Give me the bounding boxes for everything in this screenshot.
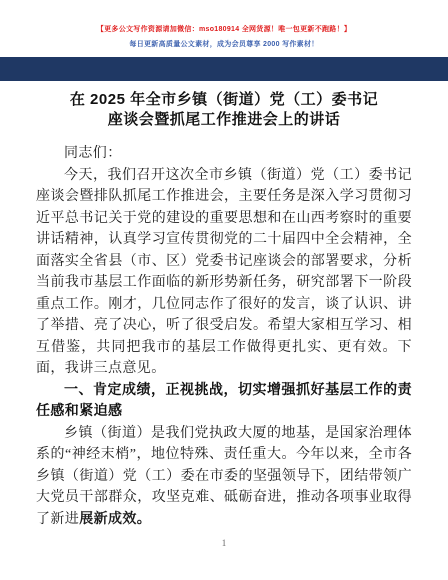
text-run: 展新成效。 (79, 512, 151, 527)
text-run: 一、肯定成绩，正视挑战，切实增强抓好基层工作的责任感和紧迫感 (36, 383, 412, 420)
divider-band (0, 57, 448, 81)
document-body: 同志们：今天，我们召开这次全市乡镇（街道）党（工）委书记座谈会暨排队抓尾工作推进… (36, 143, 412, 530)
body-paragraph: 乡镇（街道）是我们党执政大厦的地基，是国家治理体系的“神经末梢”，地位特殊、责任… (36, 423, 412, 531)
body-paragraph: 今天，我们召开这次全市乡镇（街道）党（工）委书记座谈会暨排队抓尾工作推进会，主要… (36, 165, 412, 380)
section-heading: 一、肯定成绩，正视挑战，切实增强抓好基层工作的责任感和紧迫感 (36, 380, 412, 423)
promo-header-line-2: 每日更新高质量公文素材，成为会员尊享 2000 写作素材！ (0, 35, 448, 50)
text-run: 同志们： (64, 146, 122, 161)
document-title: 在 2025 年全市乡镇（街道）党（工）委书记座谈会暨抓尾工作推进会上的讲话 (68, 90, 380, 130)
body-paragraph: 同志们： (36, 143, 412, 165)
text-run: 今天，我们召开这次全市乡镇（街道）党（工）委书记座谈会暨排队抓尾工作推进会，主要… (36, 168, 412, 377)
promo-header-line-1: 【更多公文写作资源请加微信：mso180914 全网货源！唯一包更新不跑路！】 (0, 0, 448, 35)
page-number: 1 (0, 538, 448, 548)
document-page: 【更多公文写作资源请加微信：mso180914 全网货源！唯一包更新不跑路！】 … (0, 0, 448, 580)
